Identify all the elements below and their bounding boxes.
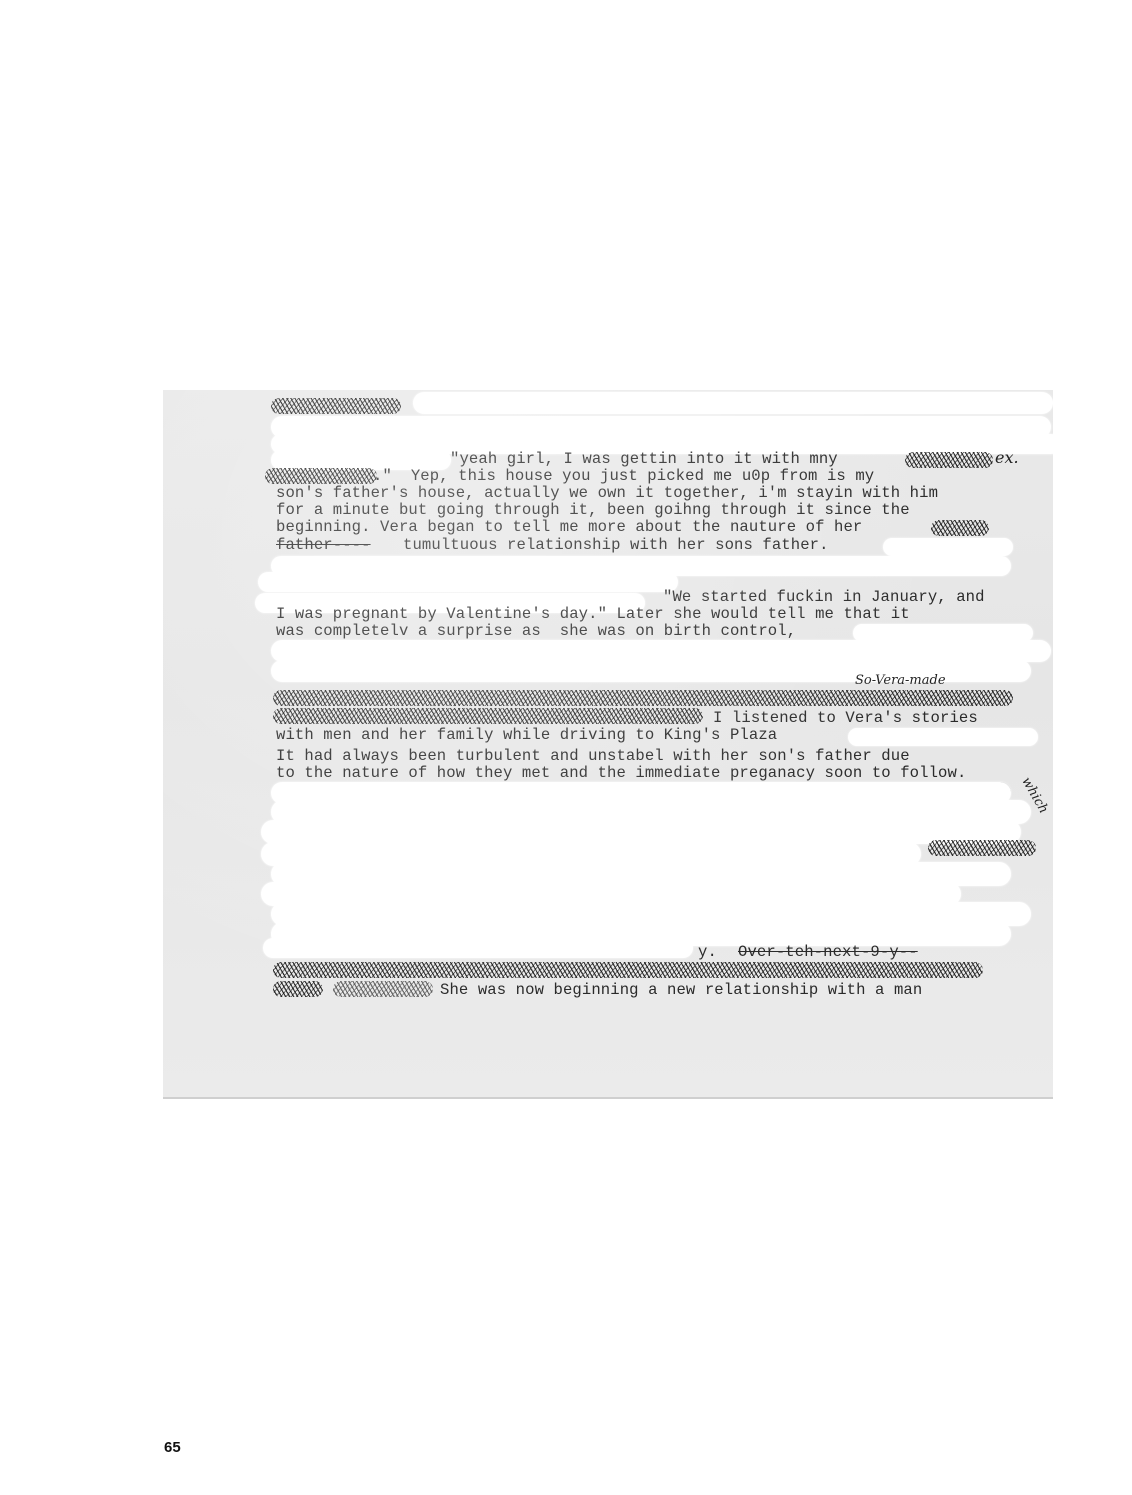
redaction (271, 640, 1051, 662)
crossed-out-text (265, 468, 377, 484)
typed-line: She was now beginning a new relationship… (440, 981, 922, 999)
handwritten-note: So-Vera-made (855, 673, 946, 688)
crossed-out-text (273, 708, 703, 724)
typed-line: tumultuous relationship with her sons fa… (403, 536, 829, 554)
crossed-out-text (273, 690, 1013, 706)
typed-line: It had always been turbulent and unstabe… (276, 747, 910, 765)
scanned-typewritten-page: "yeah girl, I was gettin into it with mn… (163, 390, 1053, 1099)
typed-line: son's father's house, actually we own it… (276, 484, 938, 502)
crossed-out-text (928, 840, 1036, 856)
redaction (258, 572, 678, 592)
typed-line: for a minute but going through it, been … (276, 501, 910, 519)
crossed-out-text (931, 520, 989, 536)
crossed-out-text (905, 452, 993, 468)
typed-line: y. (698, 943, 717, 961)
crossed-out-text (273, 962, 983, 978)
crossed-out-text (273, 981, 323, 997)
typed-line: was completelv a surprise as she was on … (276, 622, 796, 640)
page-number: 65 (164, 1439, 181, 1456)
handwritten-correction: ex. (995, 448, 1019, 467)
typed-line: with men and her family while driving to… (276, 726, 777, 744)
redaction (413, 392, 1053, 414)
struck-text: Over-teh-next-9-y-- (738, 943, 918, 961)
redaction (848, 728, 1038, 746)
typed-line: "yeah girl, I was gettin into it with mn… (450, 450, 838, 468)
struck-text: father---- (276, 536, 371, 554)
typed-line: beginning. Vera began to tell me more ab… (276, 518, 862, 536)
typed-line: I listened to Vera's stories (713, 709, 978, 727)
redaction (263, 938, 693, 958)
redaction (261, 820, 1021, 844)
redaction (883, 538, 1013, 556)
typed-line: to the nature of how they met and the im… (276, 764, 966, 782)
typed-line: ." Yep, this house you just picked me u0… (373, 467, 874, 485)
crossed-out-text (333, 981, 433, 997)
typed-line: I was pregnant by Valentine's day." Late… (276, 605, 910, 623)
crossed-out-text (271, 398, 401, 414)
typed-line: "We started fuckin in January, and (663, 588, 985, 606)
